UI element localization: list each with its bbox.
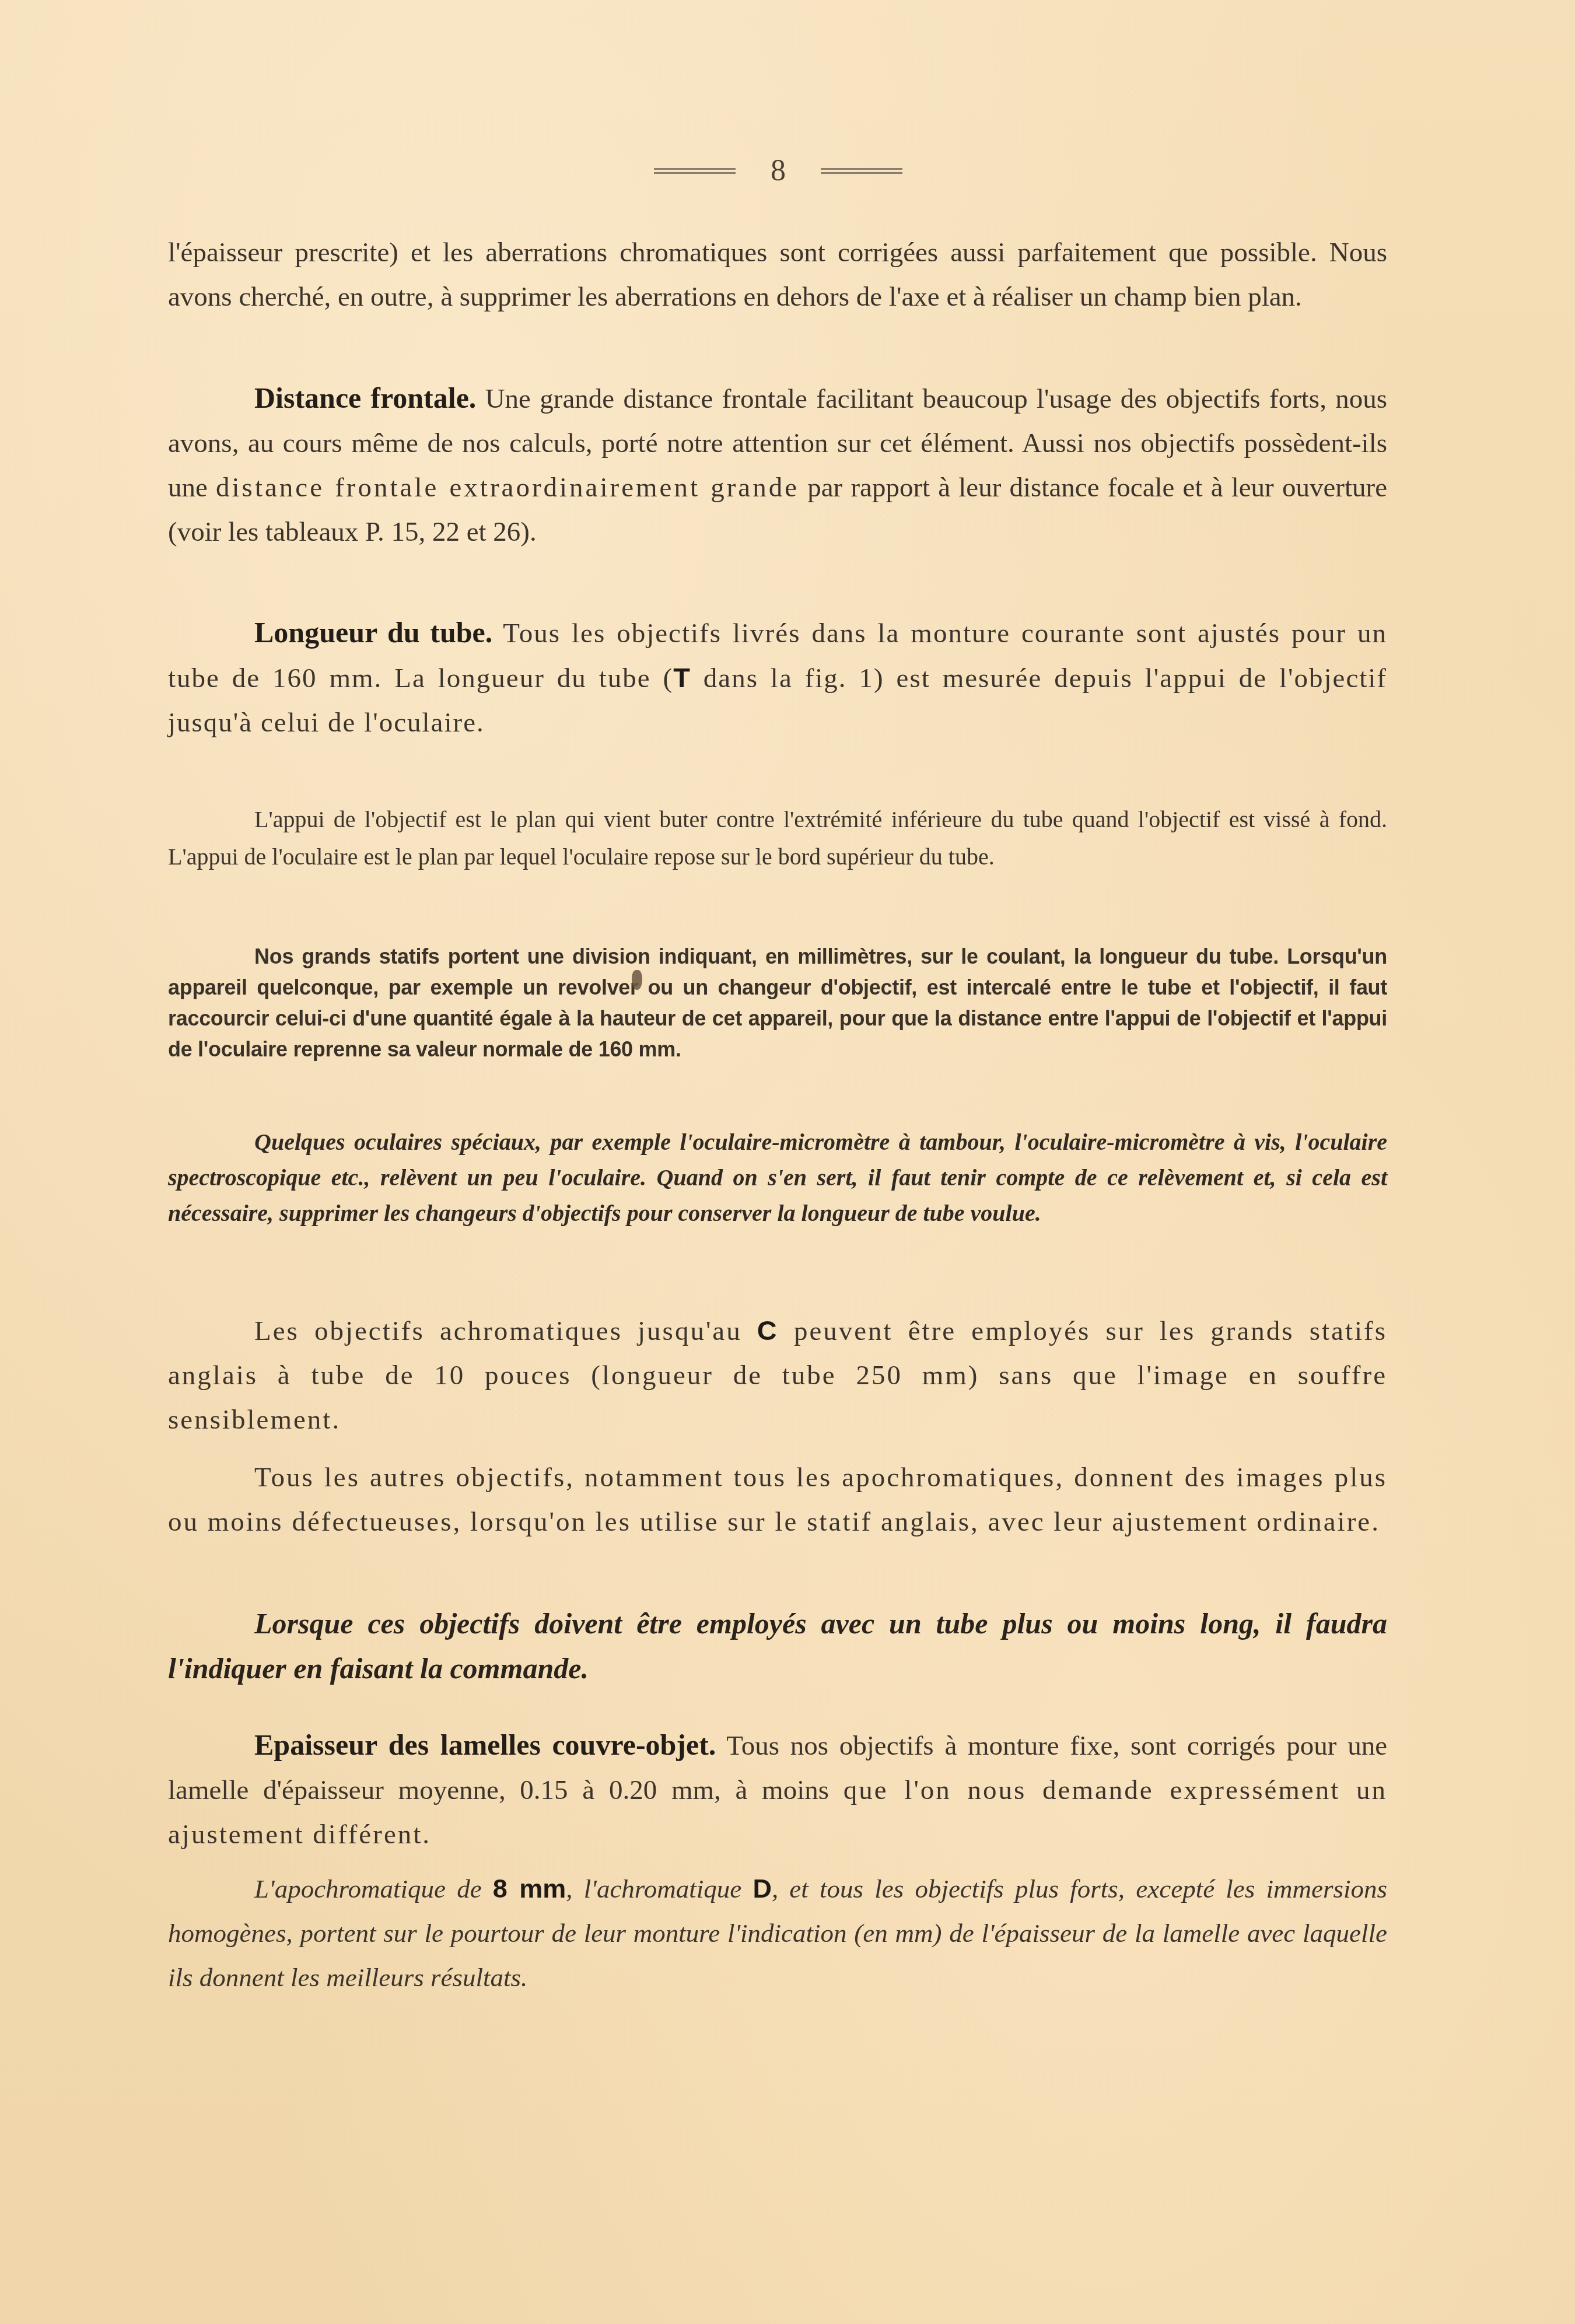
paragraph-achromatiques-statifs-anglais: Les objectifs achromatiques jusqu'au C p… xyxy=(168,1308,1387,1442)
paragraph-text: , l'achromatique xyxy=(566,1874,752,1903)
paragraph-aberrations: l'épaisseur prescrite) et les aberration… xyxy=(168,230,1387,319)
section-heading-distance-frontale: Distance frontale. xyxy=(254,381,476,414)
paragraph-text: Les objectifs achromatiques jusqu'au xyxy=(254,1316,757,1346)
paragraph-oculaires-speciaux: Quelques oculaires spéciaux, par exemple… xyxy=(168,1124,1387,1231)
bold-letter-c: C xyxy=(757,1315,779,1346)
ornament-double-rule-right xyxy=(821,168,902,174)
emphasized-spaced-text: distance frontale extraordinairement gra… xyxy=(216,473,799,503)
paragraph-longueur-tube: Longueur du tube. Tous les objectifs liv… xyxy=(168,610,1387,745)
paragraph-epaisseur-lamelles: Epaisseur des lamelles couvre-objet. Tou… xyxy=(168,1723,1387,1857)
paragraph-apochromatique-8mm: L'apochromatique de 8 mm, l'achromatique… xyxy=(168,1867,1387,2000)
bold-letter-t: T xyxy=(673,662,691,693)
bold-letter-d: D xyxy=(752,1874,772,1903)
paragraph-autres-objectifs: Tous les autres objectifs, notamment tou… xyxy=(168,1455,1387,1544)
paragraph-grands-statifs: Nos grands statifs portent une division … xyxy=(168,941,1387,1065)
section-heading-longueur-tube: Longueur du tube. xyxy=(254,616,492,649)
paragraph-distance-frontale: Distance frontale. Une grande distance f… xyxy=(168,376,1387,554)
paragraph-text: L'apochromatique de xyxy=(254,1874,493,1903)
section-heading-epaisseur-lamelles: Epaisseur des lamelles couvre-objet. xyxy=(254,1728,716,1761)
page-number: 8 xyxy=(771,156,786,186)
paragraph-appui-definition: L'appui de l'objectif est le plan qui vi… xyxy=(168,801,1387,876)
ink-smudge xyxy=(632,970,642,990)
ornament-double-rule-left xyxy=(654,168,736,174)
page-number-header: 8 xyxy=(638,150,918,191)
bold-8mm: 8 mm xyxy=(493,1874,566,1903)
paragraph-commande-note: Lorsque ces objectifs doivent être emplo… xyxy=(168,1601,1387,1691)
